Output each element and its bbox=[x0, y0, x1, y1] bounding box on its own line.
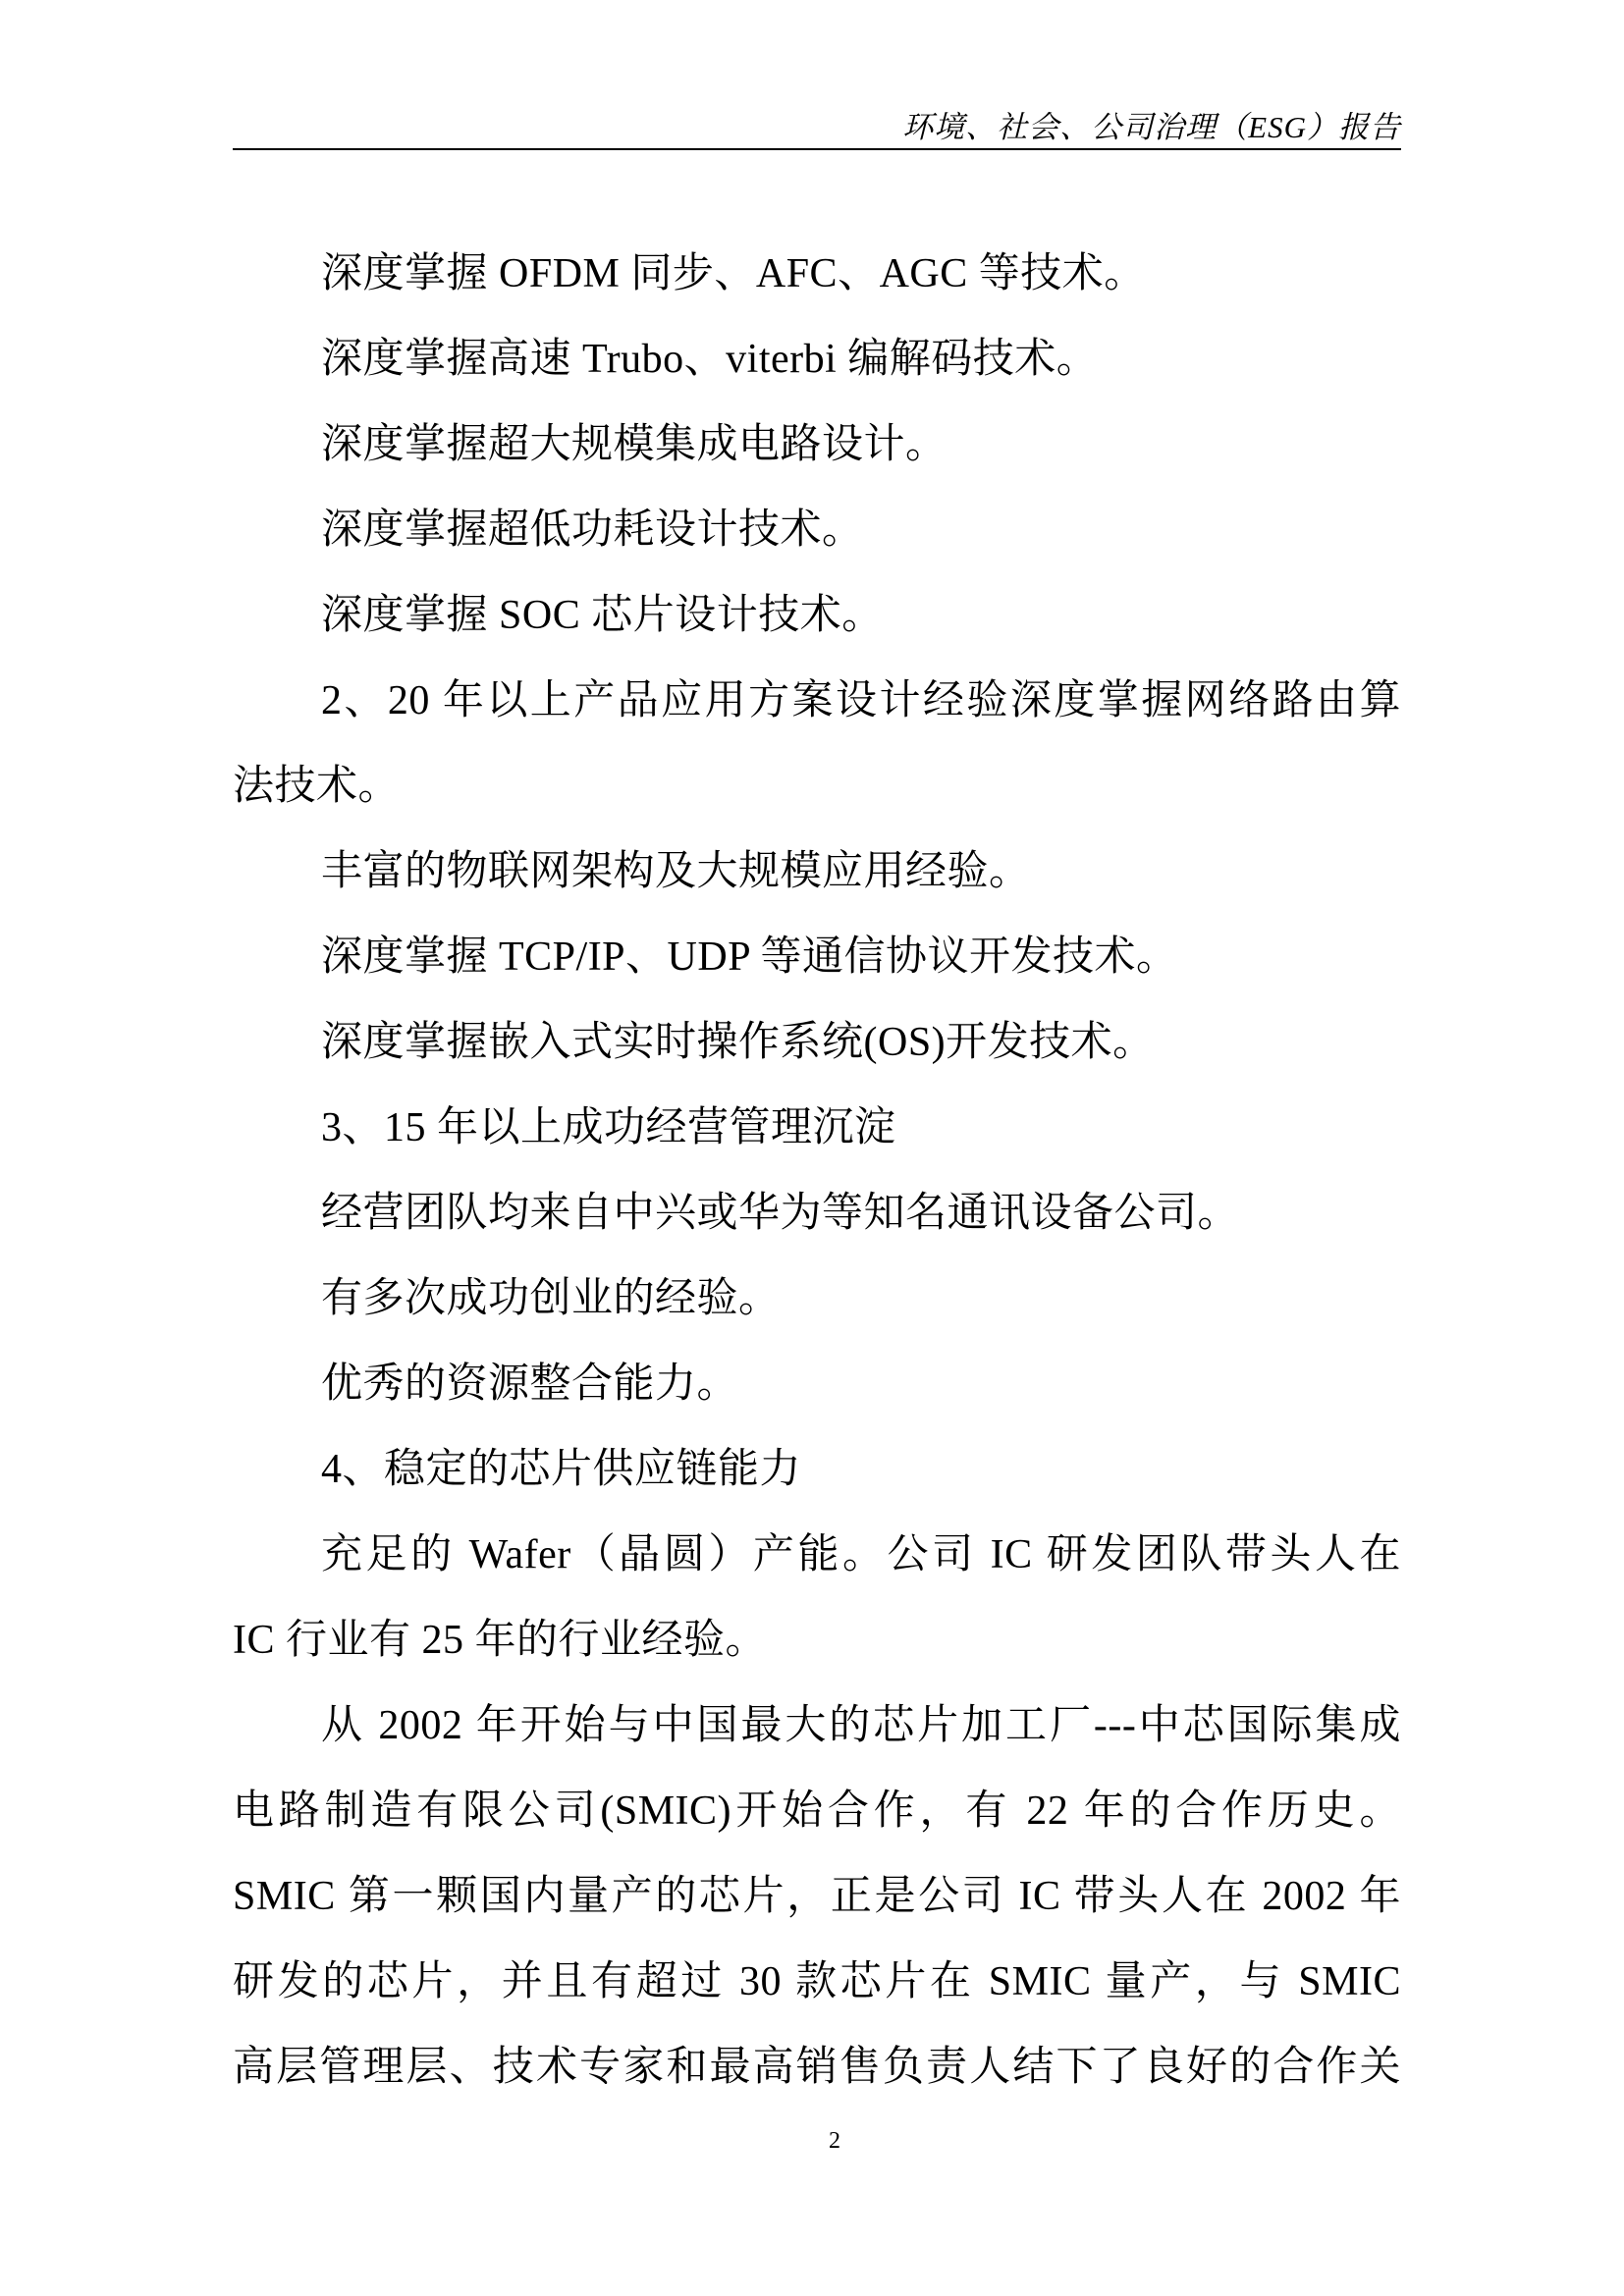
body-line: 深度掌握超大规模集成电路设计。 bbox=[233, 402, 1401, 488]
page-number: 2 bbox=[0, 2128, 1624, 2155]
report-title: 环境、社会、公司治理（ESG）报告 bbox=[902, 102, 1401, 146]
body-line: 丰富的物联网架构及大规模应用经验。 bbox=[233, 829, 1401, 915]
body-line: 优秀的资源整合能力。 bbox=[233, 1342, 1401, 1427]
document-body: 深度掌握 OFDM 同步、AFC、AGC 等技术。 深度掌握高速 Trubo、v… bbox=[233, 232, 1401, 2110]
body-line: 深度掌握高速 Trubo、viterbi 编解码技术。 bbox=[233, 317, 1401, 402]
body-line: 研发的芯片，并且有超过 30 款芯片在 SMIC 量产，与 SMIC bbox=[233, 1940, 1401, 2025]
section-heading-4: 4、稳定的芯片供应链能力 bbox=[233, 1427, 1401, 1513]
body-line: 深度掌握 OFDM 同步、AFC、AGC 等技术。 bbox=[233, 232, 1401, 317]
body-line: SMIC 第一颗国内量产的芯片，正是公司 IC 带头人在 2002 年 bbox=[233, 1854, 1401, 1940]
section-heading-2: 2、20 年以上产品应用方案设计经验深度掌握网络路由算 bbox=[233, 659, 1401, 744]
body-line: IC 行业有 25 年的行业经验。 bbox=[233, 1598, 1401, 1683]
body-line: 深度掌握嵌入式实时操作系统(OS)开发技术。 bbox=[233, 1000, 1401, 1086]
body-line: 高层管理层、技术专家和最高销售负责人结下了良好的合作关 bbox=[233, 2025, 1401, 2110]
body-line: 深度掌握 SOC 芯片设计技术。 bbox=[233, 573, 1401, 659]
body-line: 充足的 Wafer（晶圆）产能。公司 IC 研发团队带头人在 bbox=[233, 1513, 1401, 1598]
body-line: 经营团队均来自中兴或华为等知名通讯设备公司。 bbox=[233, 1171, 1401, 1256]
body-line: 从 2002 年开始与中国最大的芯片加工厂---中芯国际集成 bbox=[233, 1683, 1401, 1769]
body-line: 电路制造有限公司(SMIC)开始合作，有 22 年的合作历史。 bbox=[233, 1769, 1401, 1854]
body-line: 有多次成功创业的经验。 bbox=[233, 1256, 1401, 1342]
body-line: 法技术。 bbox=[233, 744, 1401, 829]
body-line: 深度掌握超低功耗设计技术。 bbox=[233, 488, 1401, 573]
body-line: 深度掌握 TCP/IP、UDP 等通信协议开发技术。 bbox=[233, 915, 1401, 1000]
section-heading-3: 3、15 年以上成功经营管理沉淀 bbox=[233, 1086, 1401, 1171]
page-header: 环境、社会、公司治理（ESG）报告 bbox=[233, 110, 1401, 150]
